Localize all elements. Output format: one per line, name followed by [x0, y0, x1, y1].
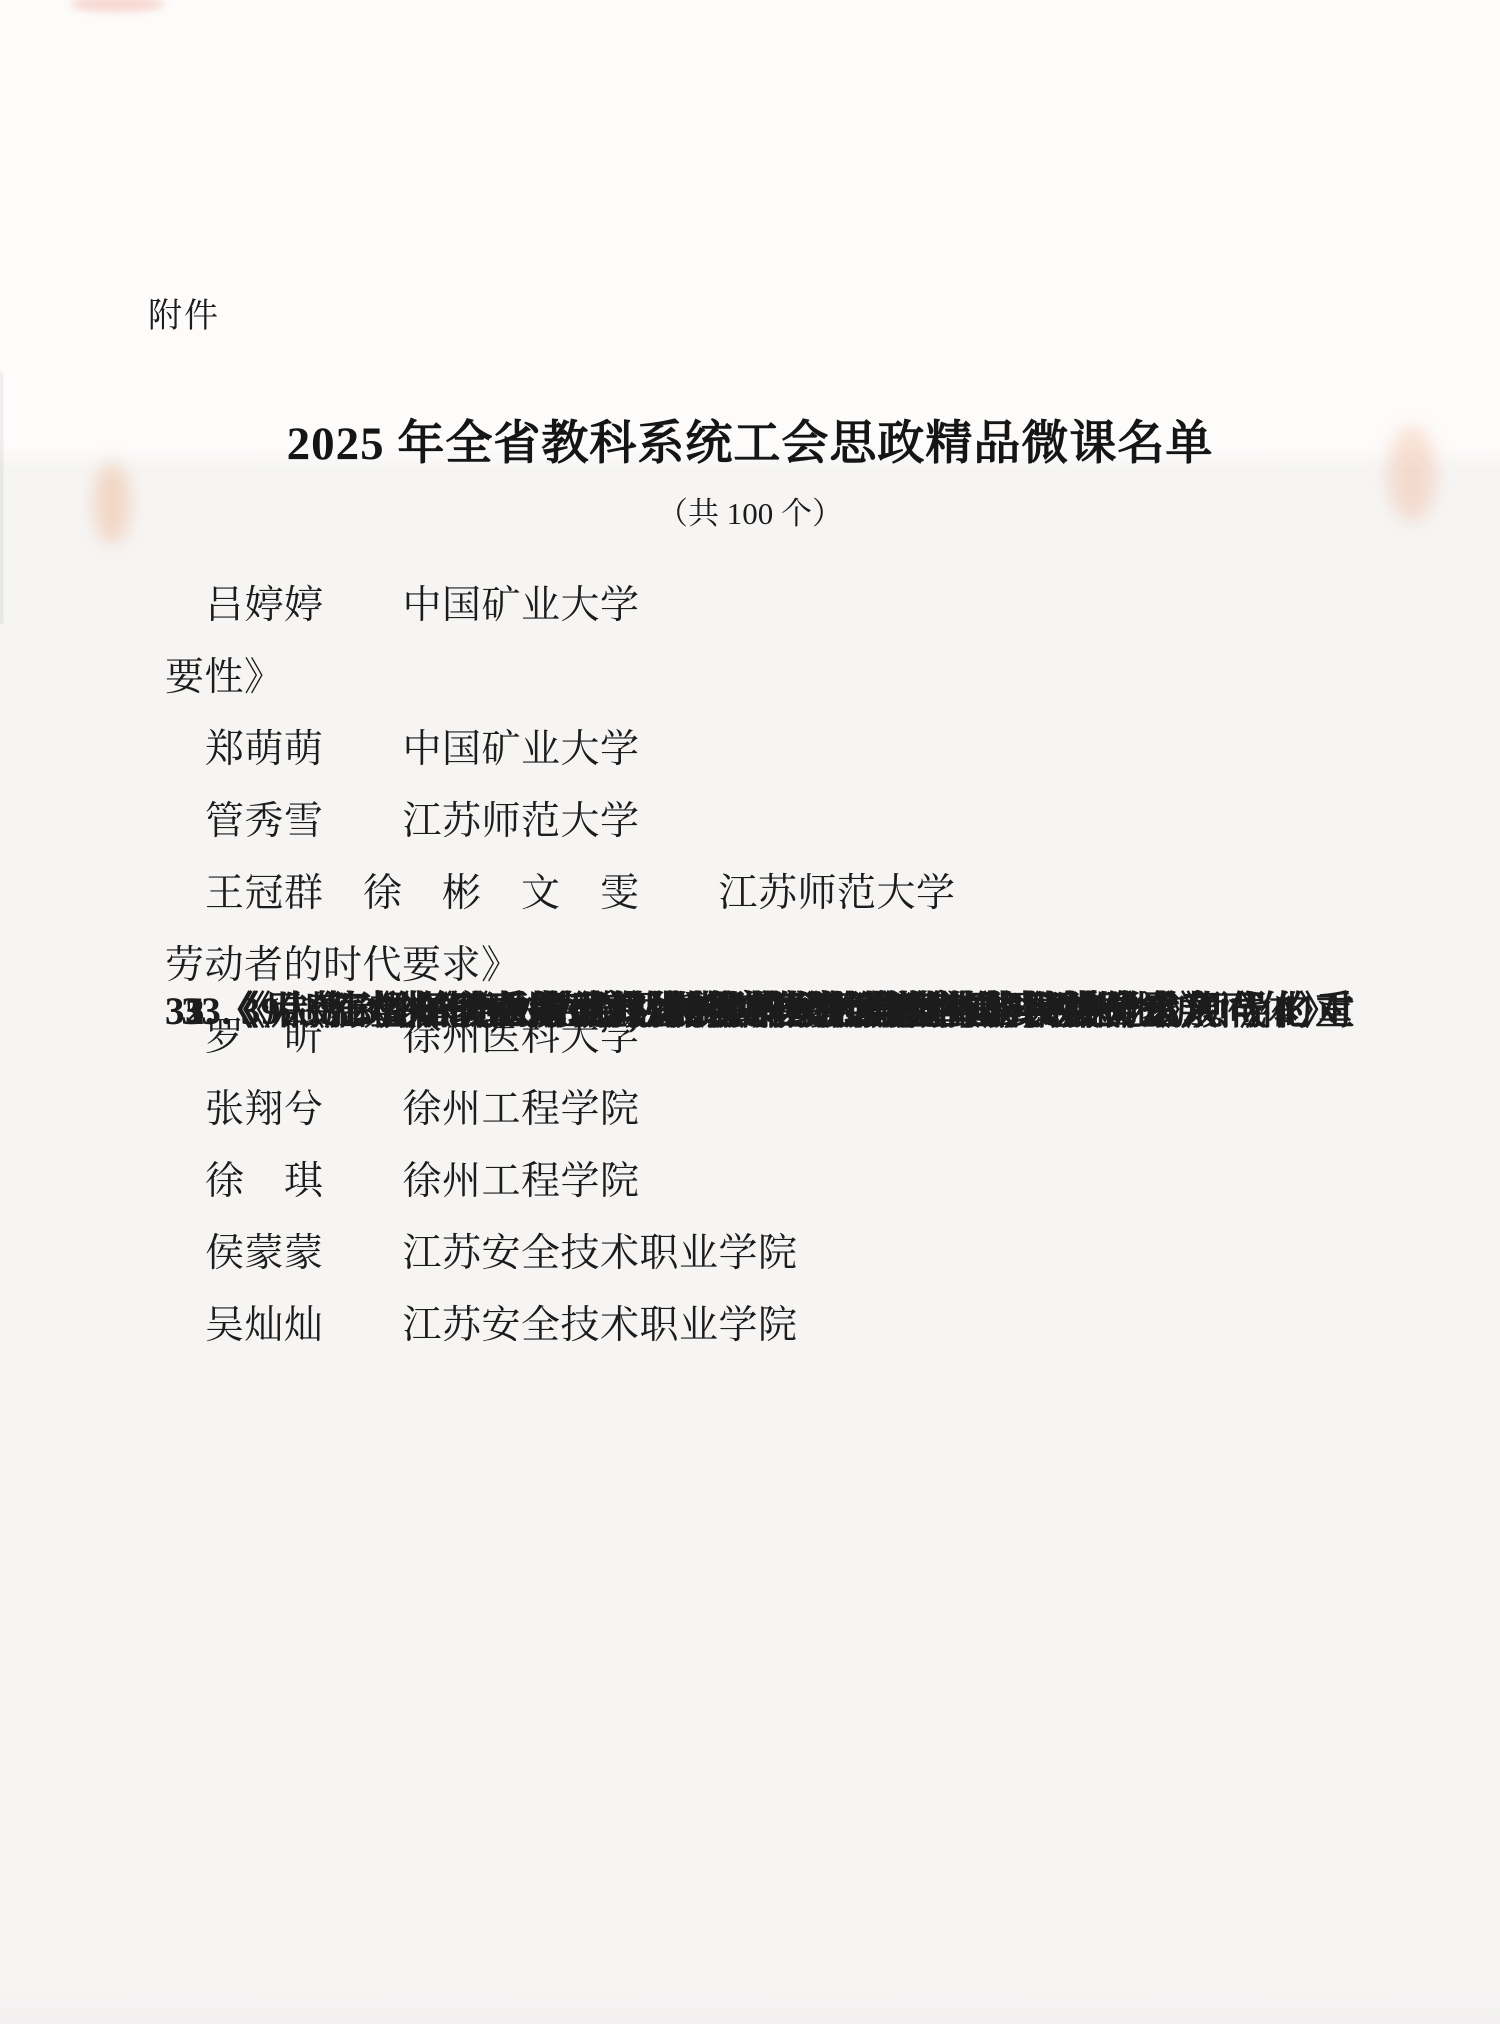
entry-authors: 侯蒙蒙 江苏安全技术职业学院: [165, 1218, 1355, 1290]
entry-authors: 管秀雪 江苏师范大学: [165, 786, 1355, 858]
page-subtitle: （共 100 个）: [0, 488, 1500, 533]
entry-authors: 吕婷婷 中国矿业大学: [165, 570, 1355, 642]
entry-authors: 郑萌萌 中国矿业大学: [165, 714, 1355, 786]
entry-title-line: 要性》: [165, 642, 1355, 714]
attachment-label: 附件: [148, 288, 220, 337]
entry-authors: 吴灿灿 江苏安全技术职业学院: [165, 1290, 1355, 1362]
entry-authors: 王冠群 徐 彬 文 雯 江苏师范大学: [165, 858, 1355, 930]
list-item: 38.《以“破衣”为镜，映照中国共产党人的精神传承》侯蒙蒙 江苏安全技术职业学院: [165, 1218, 1355, 1290]
list-item: 37. 《问 “何以”：循理 “两个结合” 重要思想》徐 琪 徐州工程学院: [165, 1146, 1355, 1218]
entry-title-line: 39.《守望相助，携手并进——准确理解“中华民族一家亲”》: [165, 976, 1355, 1048]
list-item: 34.《重走山海烽火路 赓续红色奋斗魂》王冠群 徐 彬 文 雯 江苏师范大学: [165, 858, 1355, 930]
page-title: 2025 年全省教科系统工会思政精品微课名单: [0, 406, 1500, 473]
list-item: 39.《守望相助，携手并进——准确理解“中华民族一家亲”》吴灿灿 江苏安全技术职…: [165, 1290, 1355, 1362]
list-item: 31.《在同西方现代化的比较中读懂中国式现代化》吕婷婷 中国矿业大学: [165, 570, 1355, 642]
list-item: 36.《身边的榜样永远的精神》张翔兮 徐州工程学院: [165, 1074, 1355, 1146]
entry-authors: 张翔兮 徐州工程学院: [165, 1074, 1355, 1146]
entry-authors: 徐 琪 徐州工程学院: [165, 1146, 1355, 1218]
course-list: 31.《在同西方现代化的比较中读懂中国式现代化》吕婷婷 中国矿业大学32.《“制…: [165, 570, 1355, 1362]
document-page: 附件 2025 年全省教科系统工会思政精品微课名单 （共 100 个） 31.《…: [0, 0, 1500, 2024]
list-item: 32.《“制胜”才能“致胜”：从制度建设看淮海战役中党的领导的重要性》郑萌萌 中…: [165, 642, 1355, 786]
scan-smudge-top: [70, 0, 165, 12]
list-item: 33.《从“石榴籽”到“地球村”：中华民族共同体与人类命运共同体》管秀雪 江苏师…: [165, 786, 1355, 858]
